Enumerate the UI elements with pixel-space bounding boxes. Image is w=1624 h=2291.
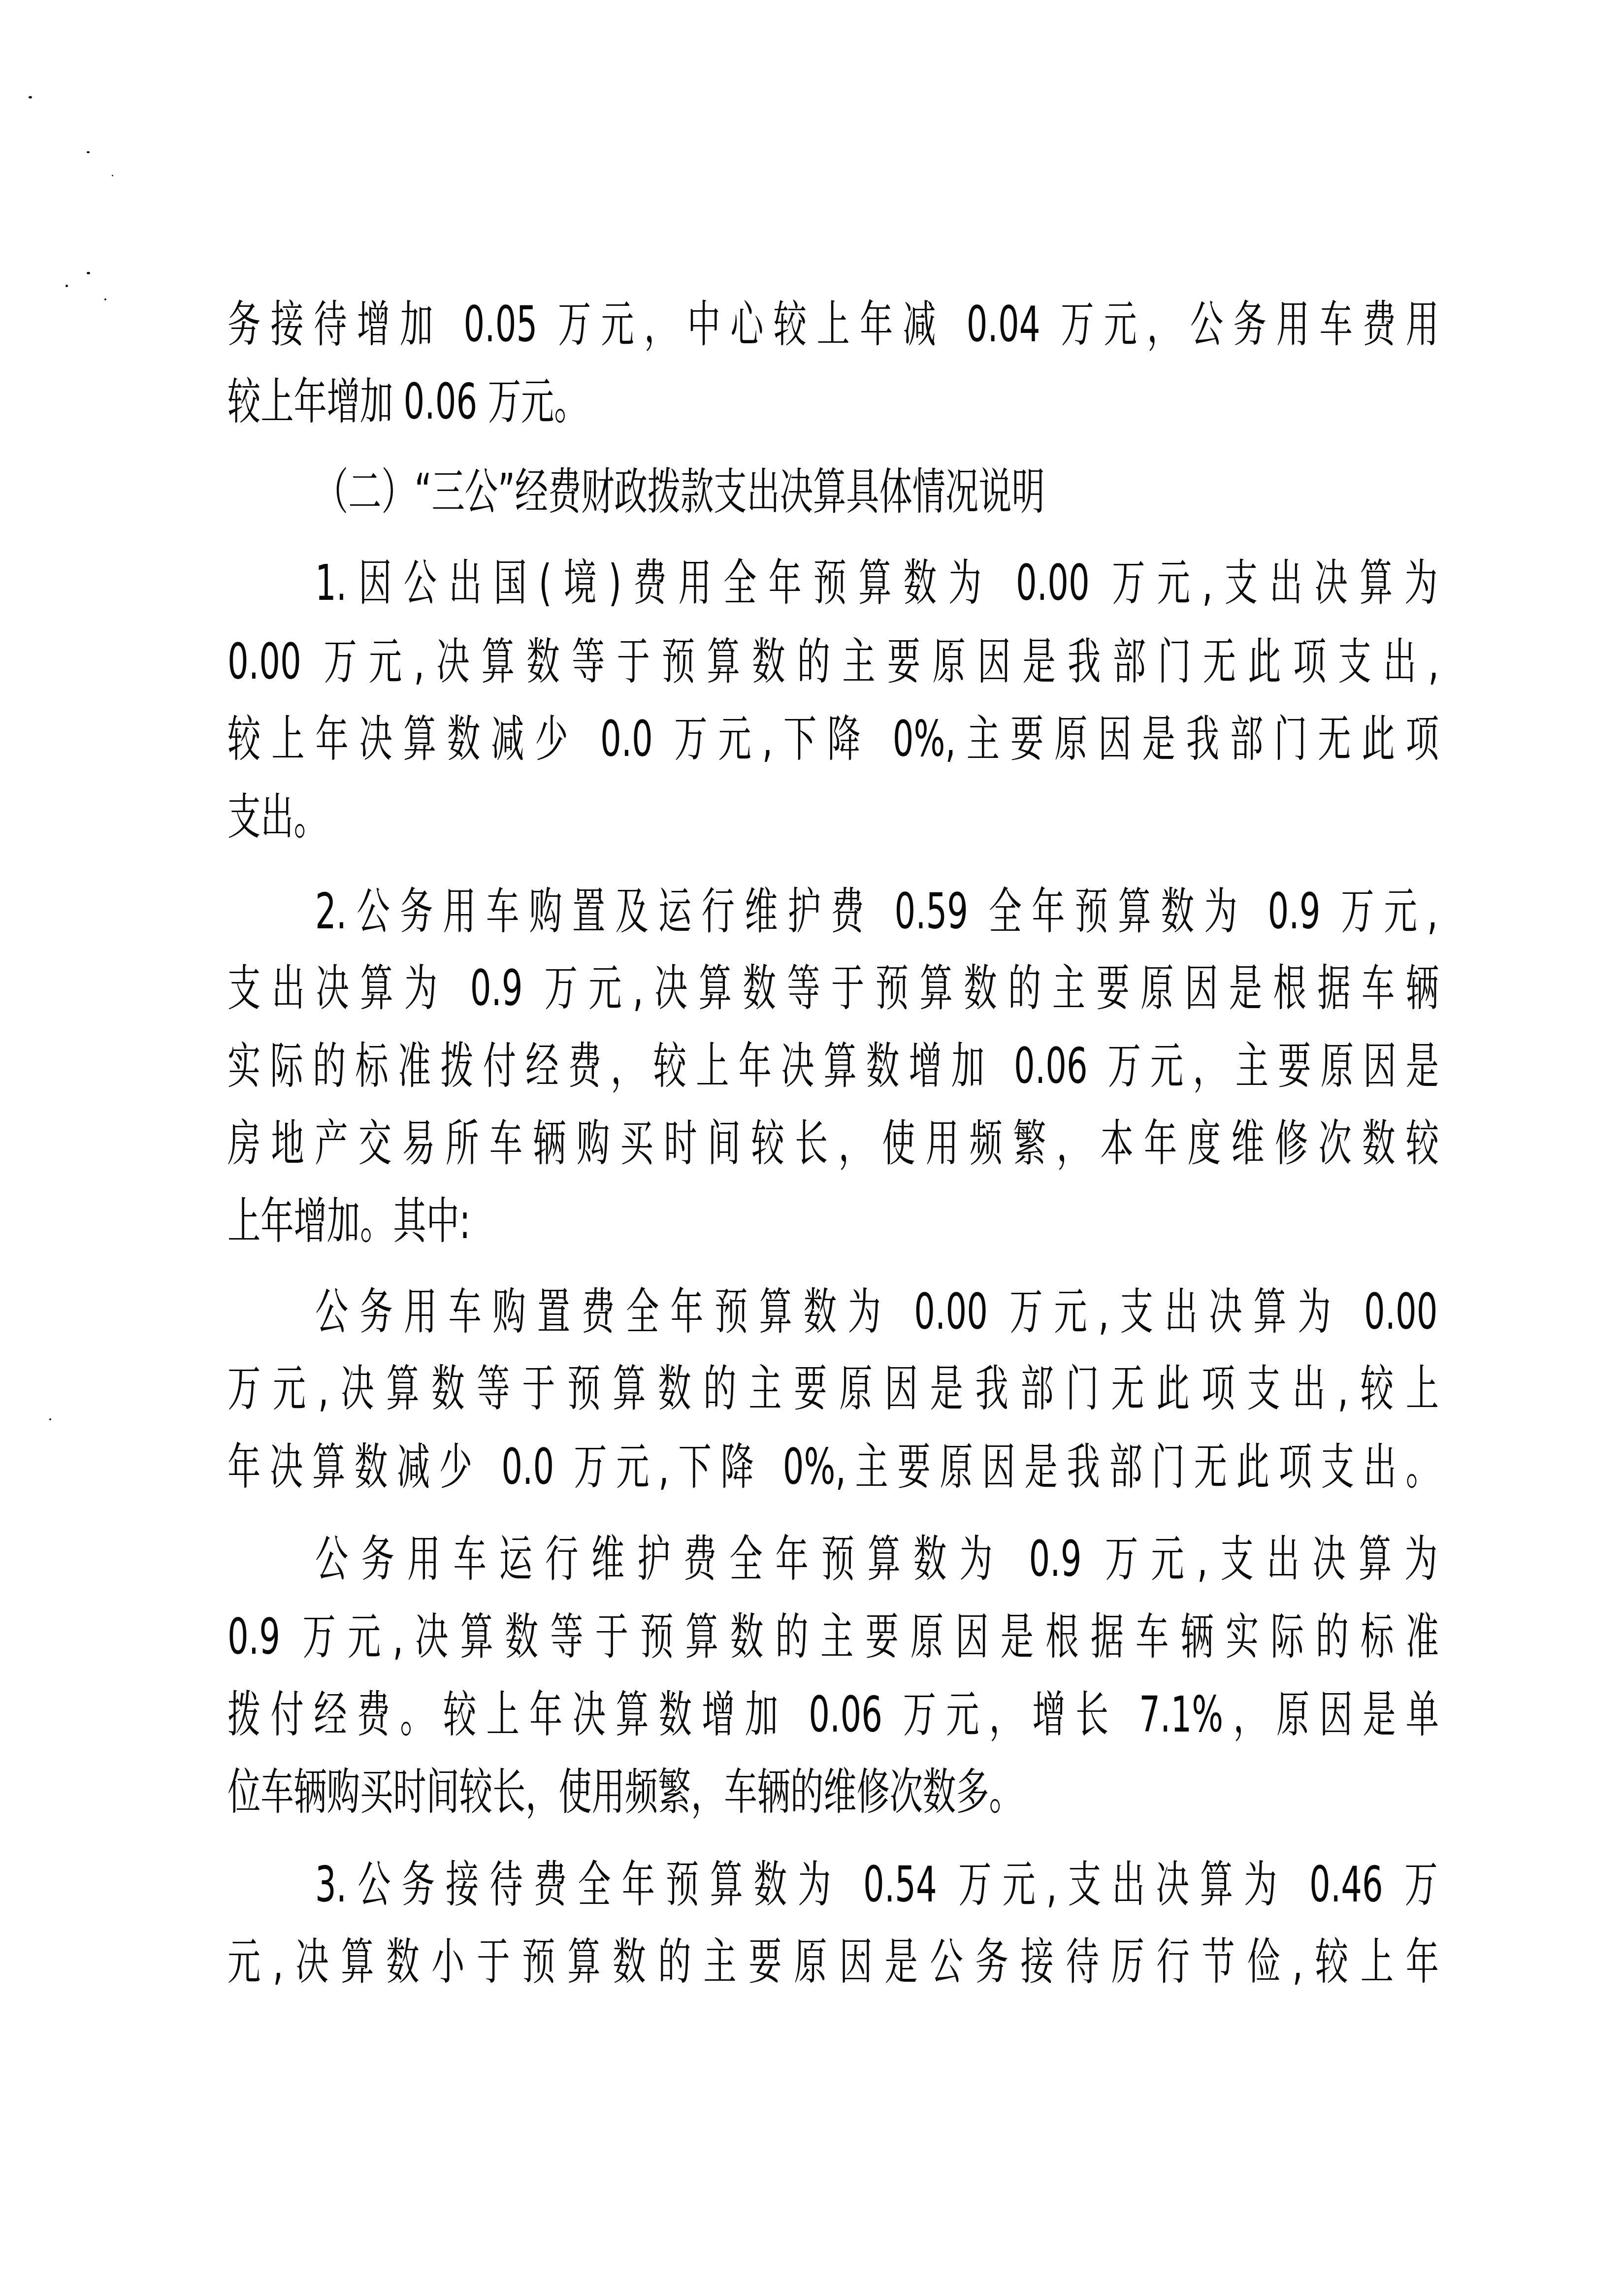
text-line: 拨付经费。较上年决算数增加 0.06 万元，增长 7.1%，原因是单 [227, 1682, 1439, 1748]
section-heading: （二）“三公”经费财政拨款支出决算具体情况说明 [315, 459, 1045, 525]
text-line: 1.因公出国(境)费用全年预算数为 0.00 万元,支出决算为 [315, 551, 1438, 617]
scan-speck [65, 285, 68, 287]
scan-speck [104, 298, 106, 300]
text-line: 位车辆购买时间较长，使用频繁，车辆的维修次数多。 [227, 1760, 1022, 1826]
text-line: 公务用车运行维护费全年预算数为 0.9 万元,支出决算为 [315, 1527, 1438, 1593]
text-line: 万元,决算数等于预算数的主要原因是我部门无此项支出,较上 [227, 1356, 1439, 1422]
text-line: 实际的标准拨付经费，较上年决算数增加 0.06 万元，主要原因是 [227, 1034, 1439, 1100]
scan-speck [29, 96, 32, 98]
scan-speck [49, 1418, 51, 1420]
text-line: 房地产交易所车辆购买时间较长，使用频繁，本年度维修次数较 [227, 1111, 1439, 1177]
text-line: 上年增加。其中: [227, 1189, 470, 1255]
text-line: 0.00 万元,决算数等于预算数的主要原因是我部门无此项支出, [227, 629, 1439, 695]
scan-speck [87, 151, 90, 153]
scan-speck [112, 175, 113, 176]
text-line: 较上年决算数减少 0.0 万元,下降 0%,主要原因是我部门无此项 [227, 707, 1439, 773]
text-line: 支出决算为 0.9 万元,决算数等于预算数的主要原因是根据车辆 [227, 956, 1439, 1022]
text-line: 3.公务接待费全年预算数为 0.54 万元,支出决算为 0.46 万 [315, 1852, 1438, 1918]
text-line: 务接待增加 0.05 万元，中心较上年减 0.04 万元，公务用车费用 [227, 292, 1439, 358]
text-line: 支出。 [227, 785, 327, 851]
text-line: 较上年增加 0.06 万元。 [227, 369, 587, 435]
document-page: 务接待增加 0.05 万元，中心较上年减 0.04 万元，公务用车费用 较上年增… [0, 0, 1624, 2291]
text-line: 年决算数减少 0.0 万元,下降 0%,主要原因是我部门无此项支出。 [227, 1435, 1439, 1501]
text-line: 公务用车购置费全年预算数为 0.00 万元,支出决算为 0.00 [315, 1279, 1438, 1345]
text-line: 2.公务用车购置及运行维护费 0.59 全年预算数为 0.9 万元, [315, 879, 1438, 945]
text-line: 0.9 万元,决算数等于预算数的主要原因是根据车辆实际的标准 [227, 1604, 1439, 1670]
scan-speck [87, 272, 90, 274]
text-line: 元,决算数小于预算数的主要原因是公务接待厉行节俭,较上年 [227, 1930, 1439, 1996]
